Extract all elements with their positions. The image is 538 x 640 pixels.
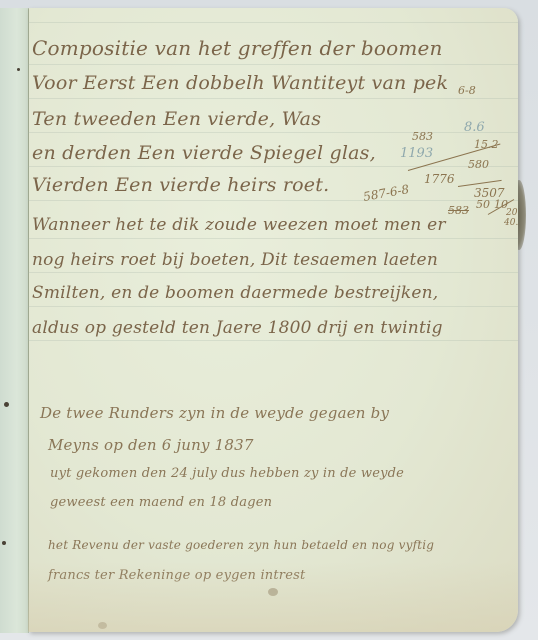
manuscript-page: Compositie van het greffen der boomen Vo… bbox=[28, 8, 518, 632]
ruled-line bbox=[28, 306, 518, 307]
recipe-line: Vierden Een vierde heirs roet. bbox=[32, 174, 329, 196]
calc-value: 580 bbox=[468, 158, 489, 171]
binding-spine bbox=[0, 8, 29, 633]
calc-value: 20 bbox=[506, 208, 517, 218]
binding-hole bbox=[4, 402, 9, 407]
recipe-line: en derden Een vierde Spiegel glas, bbox=[32, 142, 376, 164]
binding-hole bbox=[2, 541, 6, 545]
recipe-line: Ten tweeden Een vierde, Was bbox=[32, 108, 321, 130]
calc-value: 40.10 bbox=[504, 218, 518, 228]
margin-line bbox=[28, 8, 29, 632]
ruled-line bbox=[28, 238, 518, 239]
ruled-line bbox=[28, 340, 518, 341]
note-line: francs ter Rekeninge op eygen intrest bbox=[48, 568, 305, 583]
ruled-line bbox=[28, 272, 518, 273]
ruled-line bbox=[28, 64, 518, 65]
note-line: De twee Runders zyn in de weyde gegaen b… bbox=[40, 404, 389, 422]
ruled-line bbox=[28, 200, 518, 201]
recipe-title: Compositie van het greffen der boomen bbox=[32, 36, 443, 60]
ruled-line bbox=[28, 98, 518, 99]
calc-value: 50 bbox=[476, 198, 490, 211]
ruled-line bbox=[28, 166, 518, 167]
calc-value: 583 bbox=[412, 130, 433, 143]
note-line: het Revenu der vaste goederen zyn hun be… bbox=[48, 538, 434, 552]
calc-value: 1193 bbox=[400, 146, 433, 161]
recipe-line: aldus op gesteld ten Jaere 1800 drij en … bbox=[32, 318, 443, 338]
note-line: uyt gekomen den 24 july dus hebben zy in… bbox=[50, 466, 404, 481]
ruled-line bbox=[28, 22, 518, 23]
ink-stain bbox=[268, 588, 278, 596]
note-line: Meyns op den 6 juny 1837 bbox=[48, 436, 254, 454]
note-line: geweest een maend en 18 dagen bbox=[50, 495, 272, 510]
calc-value: 1776 bbox=[424, 172, 455, 186]
recipe-line: nog heirs roet bij boeten, Dit tesaemen … bbox=[32, 250, 438, 270]
binding-hole bbox=[17, 68, 20, 71]
ink-stain bbox=[98, 622, 107, 629]
recipe-line: Wanneer het te dik zoude weezen moet men… bbox=[32, 215, 446, 235]
ruled-line bbox=[28, 132, 518, 133]
calc-value: 8.6 bbox=[464, 120, 485, 135]
recipe-line: Smilten, en de boomen daermede bestreijk… bbox=[32, 283, 438, 303]
calc-value: 583 bbox=[448, 204, 469, 217]
calc-value: 6-8 bbox=[458, 84, 476, 97]
recipe-line: Voor Eerst Een dobbelh Wantiteyt van pek bbox=[32, 72, 448, 94]
